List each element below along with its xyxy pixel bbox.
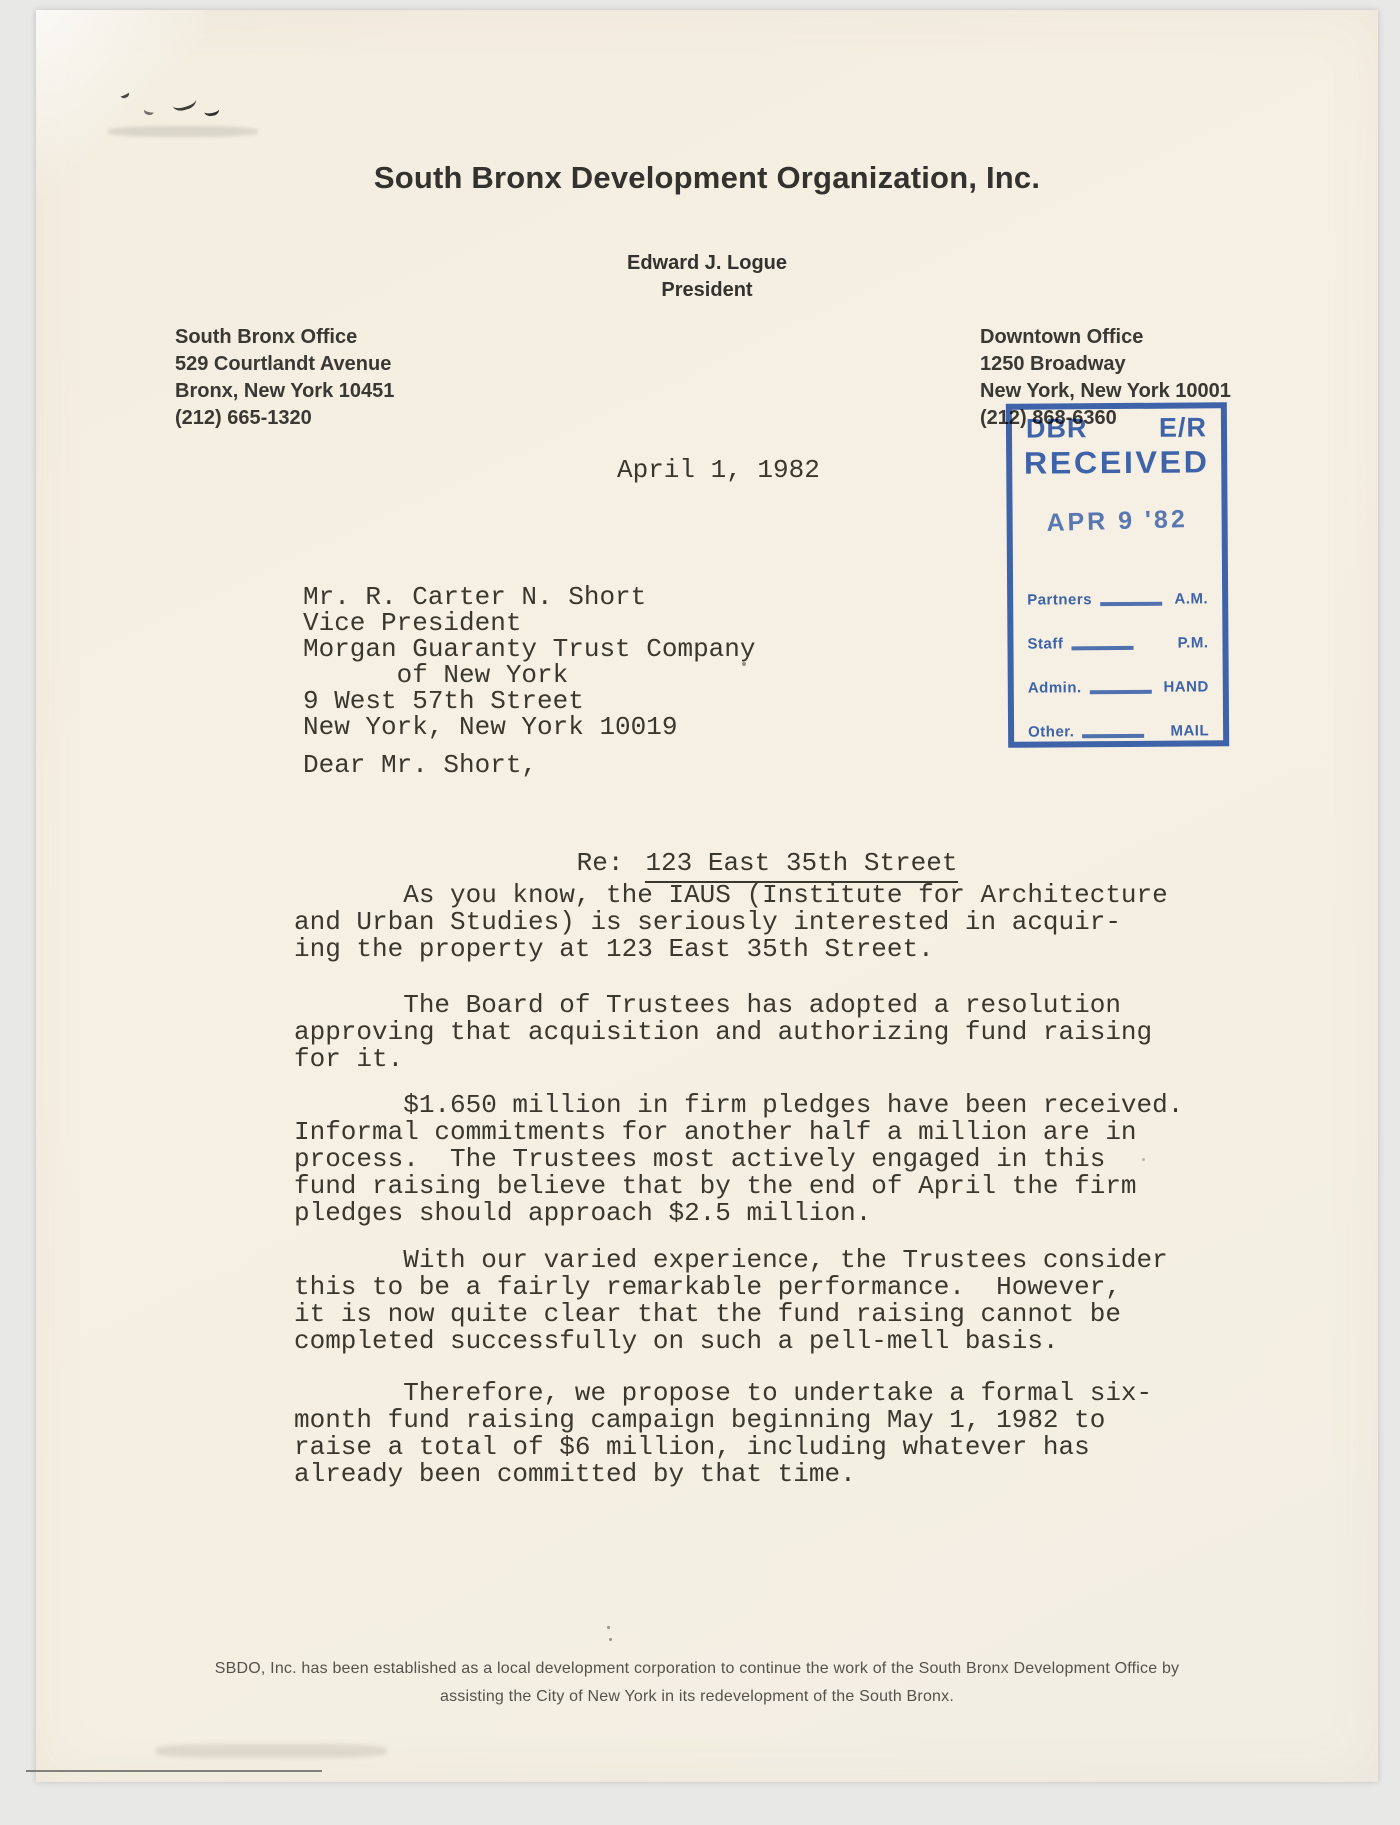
letter-date: April 1, 1982 xyxy=(617,457,820,484)
office-city: New York, New York 10001 xyxy=(980,378,1231,405)
stamp-row-other: Other. MAIL xyxy=(1028,718,1209,740)
footer-line: assisting the City of New York in its re… xyxy=(36,1683,1358,1711)
eraser-smudge xyxy=(108,126,258,137)
re-subject: 123 East 35th Street xyxy=(645,848,957,883)
office-phone: (212) 665-1320 xyxy=(175,405,394,432)
stamp-row-label: Other. xyxy=(1028,723,1074,740)
body-paragraph: As you know, the IAUS (Institute for Arc… xyxy=(294,882,1168,963)
stamp-er-label: E/R xyxy=(1159,412,1207,443)
stamp-row-right: A.M. xyxy=(1174,590,1208,607)
stamp-row-admin: Admin. HAND xyxy=(1028,674,1209,696)
letter-page: South Bronx Development Organization, In… xyxy=(36,10,1378,1782)
office-name: Downtown Office xyxy=(980,324,1231,351)
stamp-routing-table: Partners A.M. Staff P.M. Admin. HAND Oth… xyxy=(1027,586,1209,763)
bleed-through-smudge xyxy=(156,1744,386,1758)
scanned-letter: South Bronx Development Organization, In… xyxy=(0,0,1400,1825)
re-label: Re: xyxy=(577,848,624,878)
south-bronx-office-address: South Bronx Office 529 Courtlandt Avenue… xyxy=(175,324,394,432)
office-street: 529 Courtlandt Avenue xyxy=(175,351,394,378)
footer-line: SBDO, Inc. has been established as a loc… xyxy=(36,1655,1358,1683)
president-title: President xyxy=(36,277,1378,304)
stamp-blank-line xyxy=(1100,602,1162,606)
bottom-edge-line-artifact xyxy=(26,1770,322,1772)
paper-speck xyxy=(607,1626,610,1629)
stamp-row-label: Admin. xyxy=(1028,679,1082,696)
paper-speck xyxy=(609,1638,612,1641)
stamp-row-partners: Partners A.M. xyxy=(1027,586,1208,608)
stamp-blank-line xyxy=(1090,690,1152,694)
stamp-row-right: HAND xyxy=(1163,678,1208,695)
pencil-scribble xyxy=(119,89,130,100)
body-paragraph: With our varied experience, the Trustees… xyxy=(294,1247,1168,1355)
body-paragraph: Therefore, we propose to undertake a for… xyxy=(294,1380,1152,1488)
office-name: South Bronx Office xyxy=(175,324,394,351)
pencil-scribble xyxy=(203,103,220,117)
stamp-row-right: P.M. xyxy=(1178,634,1209,651)
body-paragraph: The Board of Trustees has adopted a reso… xyxy=(294,992,1152,1073)
stamp-date: APR 9 '82 xyxy=(1026,504,1208,538)
stamp-header-row: DBR E/R xyxy=(1026,412,1207,444)
footer-mission-statement: SBDO, Inc. has been established as a loc… xyxy=(36,1655,1358,1711)
stamp-row-label: Staff xyxy=(1027,635,1063,652)
stamp-dbr-label: DBR xyxy=(1026,413,1088,444)
president-name: Edward J. Logue xyxy=(36,250,1378,277)
stamp-blank-line xyxy=(1071,646,1133,650)
received-stamp: DBR E/R RECEIVED APR 9 '82 Partners A.M.… xyxy=(1006,402,1229,748)
pencil-scribble xyxy=(170,91,197,113)
office-street: 1250 Broadway xyxy=(980,351,1231,378)
stamp-row-right: MAIL xyxy=(1170,722,1209,739)
recipient-address-block: Mr. R. Carter N. Short Vice President Mo… xyxy=(303,584,755,740)
stamp-row-label: Partners xyxy=(1027,591,1092,608)
organization-name: South Bronx Development Organization, In… xyxy=(36,160,1378,196)
body-paragraph: $1.650 million in firm pledges have been… xyxy=(294,1092,1183,1227)
pencil-scribble xyxy=(143,105,155,116)
salutation: Dear Mr. Short, xyxy=(303,752,537,779)
president-block: Edward J. Logue President xyxy=(36,250,1378,304)
office-city: Bronx, New York 10451 xyxy=(175,378,394,405)
stamp-received-label: RECEIVED xyxy=(1022,444,1210,481)
stamp-row-staff: Staff P.M. xyxy=(1027,630,1208,652)
stamp-blank-line xyxy=(1082,734,1144,738)
